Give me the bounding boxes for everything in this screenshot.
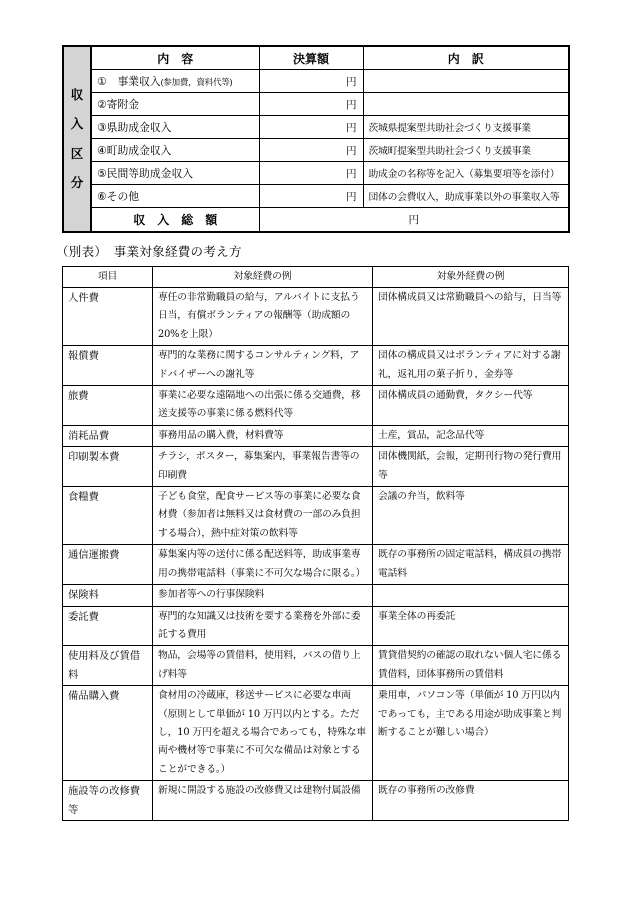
expense-table: 項目 対象経費の例 対象外経費の例 人件費 専任の非常勤職員の給与，アルバイトに… [62, 266, 569, 821]
expense-item: 委託費 [63, 606, 153, 646]
expense-col-header-ineligible: 対象外経費の例 [373, 267, 569, 288]
income-row-private-grant: ⑤民間等助成金収入 円 助成金の名称等を記入（募集要項等を添付） [63, 162, 569, 185]
income-row-label: ⑥その他 [91, 185, 259, 208]
income-row-breakdown: 茨城県提案型共助社会づくり支援事業 [363, 116, 569, 139]
expense-ineligible: 事業全体の再委託 [373, 606, 569, 646]
expense-item: 施設等の改修費等 [63, 781, 153, 821]
expense-item: 印刷製本費 [63, 447, 153, 487]
income-col-header-content: 内 容 [91, 46, 259, 70]
category-char: 収 [71, 89, 84, 102]
income-row-breakdown: 茨城町提案型共助社会づくり支援事業 [363, 139, 569, 162]
expense-row-equipment: 備品購入費 食材用の冷蔵庫，移送サービスに必要な車両（原則として単価が 10 万… [63, 686, 569, 781]
expense-eligible: 参加者等への行事保険料 [153, 585, 373, 606]
income-header-row: 収 入 区 分 内 容 決算額 内 訳 [63, 46, 569, 70]
expense-col-header-eligible: 対象経費の例 [153, 267, 373, 288]
income-row-breakdown [363, 93, 569, 116]
expense-eligible: 専任の非常勤職員の給与，アルバイトに支払う日当，有償ボランティアの報酬等（助成額… [153, 288, 373, 346]
income-row-label: ③県助成金収入 [91, 116, 259, 139]
expense-ineligible: 賃貸借契約の確認の取れない個人宅に係る賃借料，団体事務所の賃借料 [373, 646, 569, 686]
income-row-other: ⑥その他 円 団体の会費収入，助成事業以外の事業収入等 [63, 185, 569, 208]
expense-ineligible: 団体機関紙，会報，定期刊行物の発行費用等 [373, 447, 569, 487]
income-total-row: 収 入 総 額 円 [63, 208, 569, 233]
income-table: 収 入 区 分 内 容 決算額 内 訳 ① 事業収入(参加費，資料代等) 円 ②… [62, 45, 570, 233]
expense-row-remuneration: 報償費 専門的な業務に関するコンサルティング料，アドバイザーへの謝礼等 団体の構… [63, 346, 569, 386]
expense-item: 通信運搬費 [63, 545, 153, 585]
expense-eligible: 募集案内等の送付に係る配送料等，助成事業専用の携帯電話料（事業に不可欠な場合に限… [153, 545, 373, 585]
category-char: 分 [71, 177, 84, 190]
expense-row-communication: 通信運搬費 募集案内等の送付に係る配送料等，助成事業専用の携帯電話料（事業に不可… [63, 545, 569, 585]
income-row-pref-grant: ③県助成金収入 円 茨城県提案型共助社会づくり支援事業 [63, 116, 569, 139]
income-category-chars: 収 入 区 分 [64, 89, 90, 190]
expense-ineligible: 既存の事務所の固定電話料，構成員の携帯電話料 [373, 545, 569, 585]
expense-eligible: 子ども食堂，配食サービス等の事業に必要な食材費（参加者は無料又は食材費の一部のみ… [153, 487, 373, 545]
expense-row-outsourcing: 委託費 専門的な知識又は技術を要する業務を外部に委託する費用 事業全体の再委託 [63, 606, 569, 646]
expense-item: 旅費 [63, 386, 153, 426]
expense-row-printing: 印刷製本費 チラシ，ポスター，募集案内，事業報告書等の印刷費 団体機関紙，会報，… [63, 447, 569, 487]
expense-row-renovation: 施設等の改修費等 新規に開設する施設の改修費又は建物付属設備 既存の事務所の改修… [63, 781, 569, 821]
expense-ineligible: 団体構成員又は常勤職員への給与，日当等 [373, 288, 569, 346]
expense-item: 人件費 [63, 288, 153, 346]
income-row-label: ④町助成金収入 [91, 139, 259, 162]
income-row-amount: 円 [259, 93, 363, 116]
expense-ineligible: 乗用車，パソコン等（単価が 10 万円以内であっても，主である用途が助成事業と判… [373, 686, 569, 781]
expense-ineligible [373, 585, 569, 606]
expense-row-insurance: 保険料 参加者等への行事保険料 [63, 585, 569, 606]
expense-row-food: 食糧費 子ども食堂，配食サービス等の事業に必要な食材費（参加者は無料又は食材費の… [63, 487, 569, 545]
expense-eligible: 物品，会場等の賃借料，使用料，バスの借り上げ料等 [153, 646, 373, 686]
expense-ineligible: 団体構成員の通勤費，タクシー代等 [373, 386, 569, 426]
expense-eligible: 事業に必要な遠隔地への出張に係る交通費，移送支援等の事業に係る燃料代等 [153, 386, 373, 426]
expense-item: 報償費 [63, 346, 153, 386]
income-row-amount: 円 [259, 139, 363, 162]
expense-item: 食糧費 [63, 487, 153, 545]
expense-eligible: 新規に開設する施設の改修費又は建物付属設備 [153, 781, 373, 821]
expense-item: 使用料及び賃借料 [63, 646, 153, 686]
expense-row-rental: 使用料及び賃借料 物品，会場等の賃借料，使用料，バスの借り上げ料等 賃貸借契約の… [63, 646, 569, 686]
income-row-amount: 円 [259, 162, 363, 185]
expense-row-travel: 旅費 事業に必要な遠隔地への出張に係る交通費，移送支援等の事業に係る燃料代等 団… [63, 386, 569, 426]
income-row-amount: 円 [259, 116, 363, 139]
income-row-label: ⑤民間等助成金収入 [91, 162, 259, 185]
income-row-label: ① 事業収入(参加費，資料代等) [91, 70, 259, 93]
income-total-amount: 円 [259, 208, 569, 233]
expense-eligible: 食材用の冷蔵庫，移送サービスに必要な車両（原則として単価が 10 万円以内とする… [153, 686, 373, 781]
document-page: 収 入 区 分 内 容 決算額 内 訳 ① 事業収入(参加費，資料代等) 円 ②… [0, 0, 630, 903]
income-row-amount: 円 [259, 185, 363, 208]
income-row-breakdown [363, 70, 569, 93]
expense-row-consumables: 消耗品費 事務用品の購入費，材料費等 土産，賞品，記念品代等 [63, 425, 569, 446]
expense-eligible: 専門的な知識又は技術を要する業務を外部に委託する費用 [153, 606, 373, 646]
income-row-amount: 円 [259, 70, 363, 93]
category-char: 区 [71, 148, 84, 161]
expense-item: 消耗品費 [63, 425, 153, 446]
expense-col-header-item: 項目 [63, 267, 153, 288]
income-total-label: 収 入 総 額 [91, 208, 259, 233]
expense-header-row: 項目 対象経費の例 対象外経費の例 [63, 267, 569, 288]
expense-section-title: （別表） 事業対象経費の考え方 [56, 242, 242, 260]
income-category-vertical-label: 収 入 区 分 [63, 46, 91, 232]
income-row-label: ②寄附金 [91, 93, 259, 116]
expense-ineligible: 会議の弁当，飲料等 [373, 487, 569, 545]
expense-ineligible: 既存の事務所の改修費 [373, 781, 569, 821]
income-col-header-amount: 決算額 [259, 46, 363, 70]
income-row-business: ① 事業収入(参加費，資料代等) 円 [63, 70, 569, 93]
expense-eligible: 専門的な業務に関するコンサルティング料，アドバイザーへの謝礼等 [153, 346, 373, 386]
income-col-header-breakdown: 内 訳 [363, 46, 569, 70]
expense-item: 保険料 [63, 585, 153, 606]
income-row-breakdown: 助成金の名称等を記入（募集要項等を添付） [363, 162, 569, 185]
expense-eligible: チラシ，ポスター，募集案内，事業報告書等の印刷費 [153, 447, 373, 487]
expense-eligible: 事務用品の購入費，材料費等 [153, 425, 373, 446]
expense-ineligible: 団体の構成員又はボランティアに対する謝礼，返礼用の菓子折り，金券等 [373, 346, 569, 386]
expense-row-personnel: 人件費 専任の非常勤職員の給与，アルバイトに支払う日当，有償ボランティアの報酬等… [63, 288, 569, 346]
income-row-town-grant: ④町助成金収入 円 茨城町提案型共助社会づくり支援事業 [63, 139, 569, 162]
income-row-label-text: ① 事業収入 [97, 76, 161, 88]
expense-item: 備品購入費 [63, 686, 153, 781]
expense-ineligible: 土産，賞品，記念品代等 [373, 425, 569, 446]
income-row-donation: ②寄附金 円 [63, 93, 569, 116]
income-row-label-note: (参加費，資料代等) [161, 77, 233, 87]
income-row-breakdown: 団体の会費収入，助成事業以外の事業収入等 [363, 185, 569, 208]
category-char: 入 [71, 118, 84, 131]
